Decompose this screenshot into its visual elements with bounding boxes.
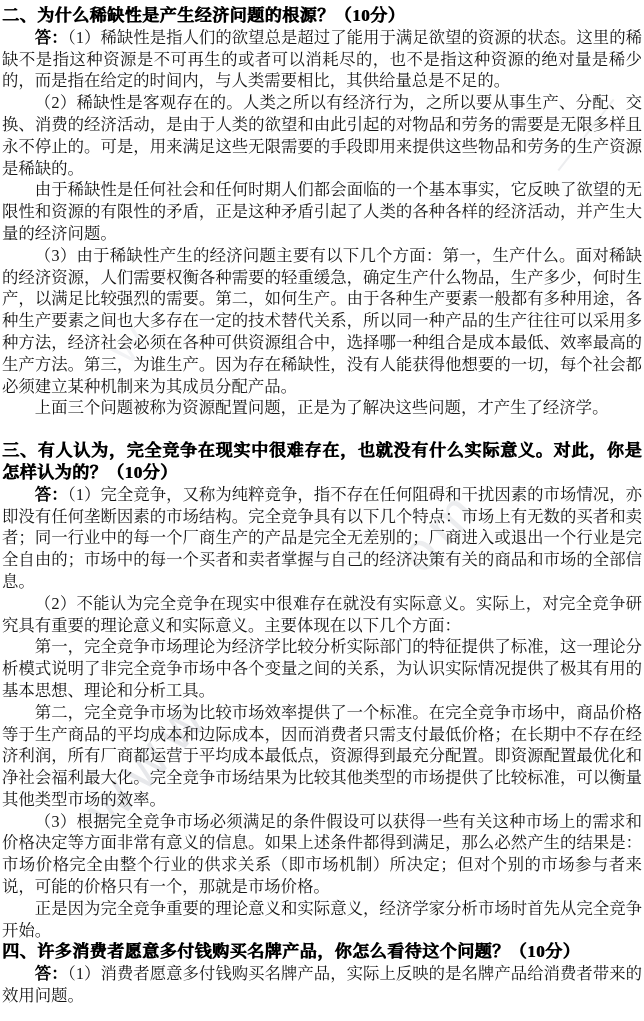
answer-label: 答： <box>35 485 68 504</box>
question-3-heading: 三、有人认为，完全竞争在现实中很难存在，也就没有什么实际意义。对此，你是怎样认为… <box>2 440 642 484</box>
paragraph-text: 由于稀缺性是任何社会和任何时期人们都会面临的一个基本事实，它反映了欲望的无限性和… <box>2 180 642 243</box>
paragraph: 答：（1）完全竞争，又称为纯粹竞争，指不存在任何阻碍和干扰因素的市场情况，亦即没… <box>2 484 642 593</box>
paragraph: 正是因为完全竞争重要的理论意义和实际意义，经济学家分析市场时首先从完全竞争开始。 <box>2 898 642 942</box>
paragraph: 上面三个问题被称为资源配置问题，正是为了解决这些问题，才产生了经济学。 <box>2 397 642 419</box>
paragraph: （3）由于稀缺性产生的经济问题主要有以下几个方面：第一，生产什么。面对稀缺的经济… <box>2 245 642 398</box>
paragraph: 答：（1）消费者愿意多付钱购买名牌产品，实际上反映的是名牌产品给消费者带来的效用… <box>2 963 642 1007</box>
document-content: 二、为什么稀缺性是产生经济问题的根源？（10分） 答：（1）稀缺性是指人们的欲望… <box>2 5 642 1007</box>
answer-label: 答： <box>35 964 68 983</box>
paragraph: 第一，完全竞争市场理论为经济学比较分析实际部门的特征提供了标准，这一理论分析模式… <box>2 636 642 701</box>
paragraph: （2）稀缺性是客观存在的。人类之所以有经济行为，之所以要从事生产、分配、交换、消… <box>2 92 642 179</box>
paragraph: 第二，完全竞争市场为比较市场效率提供了一个标准。在完全竞争市场中，商品价格等于生… <box>2 702 642 811</box>
paragraph-text: （2）不能认为完全竞争在现实中很难存在就没有实际意义。实际上，对完全竞争研究具有… <box>2 594 642 635</box>
section-question-2: 二、为什么稀缺性是产生经济问题的根源？（10分） 答：（1）稀缺性是指人们的欲望… <box>2 5 642 419</box>
answer-label: 答： <box>35 28 68 47</box>
paragraph: （2）不能认为完全竞争在现实中很难存在就没有实际意义。实际上，对完全竞争研究具有… <box>2 593 642 637</box>
paragraph-text: （1）完全竞争，又称为纯粹竞争，指不存在任何阻碍和干扰因素的市场情况，亦即没有任… <box>2 485 642 591</box>
paragraph-text: 上面三个问题被称为资源配置问题，正是为了解决这些问题，才产生了经济学。 <box>35 398 609 417</box>
question-2-heading: 二、为什么稀缺性是产生经济问题的根源？（10分） <box>2 5 642 27</box>
paragraph: （3）根据完全竞争市场必须满足的条件假设可以获得一些有关这种市场上的需求和价格决… <box>2 811 642 898</box>
question-4-heading: 四、许多消费者愿意多付钱购买名牌产品，你怎么看待这个问题？（10分） <box>2 941 642 963</box>
paragraph-text: 正是因为完全竞争重要的理论意义和实际意义，经济学家分析市场时首先从完全竞争开始。 <box>2 899 642 940</box>
paragraph-text: （2）稀缺性是客观存在的。人类之所以有经济行为，之所以要从事生产、分配、交换、消… <box>2 93 642 177</box>
paragraph-text: （3）由于稀缺性产生的经济问题主要有以下几个方面：第一，生产什么。面对稀缺的经济… <box>2 246 642 396</box>
paragraph-text: （1）消费者愿意多付钱购买名牌产品，实际上反映的是名牌产品给消费者带来的效用问题… <box>2 964 642 1005</box>
document-page: www om w 二、为什么稀缺性是产生经济问题的根源？（10分） 答：（1）稀… <box>0 0 644 1021</box>
section-question-3: 三、有人认为，完全竞争在现实中很难存在，也就没有什么实际意义。对此，你是怎样认为… <box>2 440 642 941</box>
paragraph-text: 第一，完全竞争市场理论为经济学比较分析实际部门的特征提供了标准，这一理论分析模式… <box>2 637 642 700</box>
section-question-4: 四、许多消费者愿意多付钱购买名牌产品，你怎么看待这个问题？（10分） 答：（1）… <box>2 941 642 1006</box>
paragraph-text: （3）根据完全竞争市场必须满足的条件假设可以获得一些有关这种市场上的需求和价格决… <box>2 812 642 896</box>
paragraph: 答：（1）稀缺性是指人们的欲望总是超过了能用于满足欲望的资源的状态。这里的稀缺不… <box>2 27 642 92</box>
paragraph: 由于稀缺性是任何社会和任何时期人们都会面临的一个基本事实，它反映了欲望的无限性和… <box>2 179 642 244</box>
paragraph-text: （1）稀缺性是指人们的欲望总是超过了能用于满足欲望的资源的状态。这里的稀缺不是指… <box>2 28 642 91</box>
paragraph-text: 第二，完全竞争市场为比较市场效率提供了一个标准。在完全竞争市场中，商品价格等于生… <box>2 703 642 809</box>
